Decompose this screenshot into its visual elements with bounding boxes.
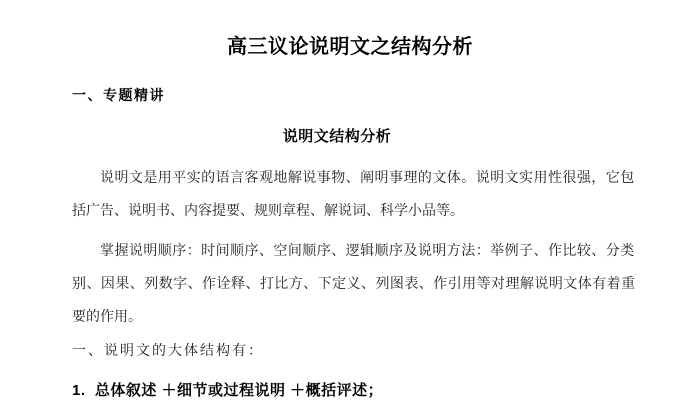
paragraph1-line2: 括广告、说明书、内容提要、规则章程、解说词、科学小品等。 [72,202,632,222]
structure-heading: 一、说明文的大体结构有： [72,342,632,362]
structure-item-1: 1. 总体叙述 ＋细节或过程说明 ＋概括评述； [72,381,632,401]
document-title: 高三议论说明文之结构分析 [0,30,700,59]
section-heading-topic: 一、专题精讲 [72,85,165,105]
paragraph2-line1: 掌握说明顺序：时间顺序、空间顺序、逻辑顺序及说明方法：举例子、作比较、分类 [72,242,632,262]
paragraph2-line3: 要的作用。 [72,308,632,328]
paragraph1-line1: 说明文是用平实的语言客观地解说事物、阐明事理的文体。说明文实用性很强，它包 [72,169,632,189]
document-subtitle: 说明文结构分析 [0,125,674,146]
document-page: 高三议论说明文之结构分析 一、专题精讲 说明文结构分析 说明文是用平实的语言客观… [0,0,700,414]
paragraph2-line2: 别、因果、列数字、作诠释、打比方、下定义、列图表、作引用等对理解说明文体有着重 [72,275,632,295]
